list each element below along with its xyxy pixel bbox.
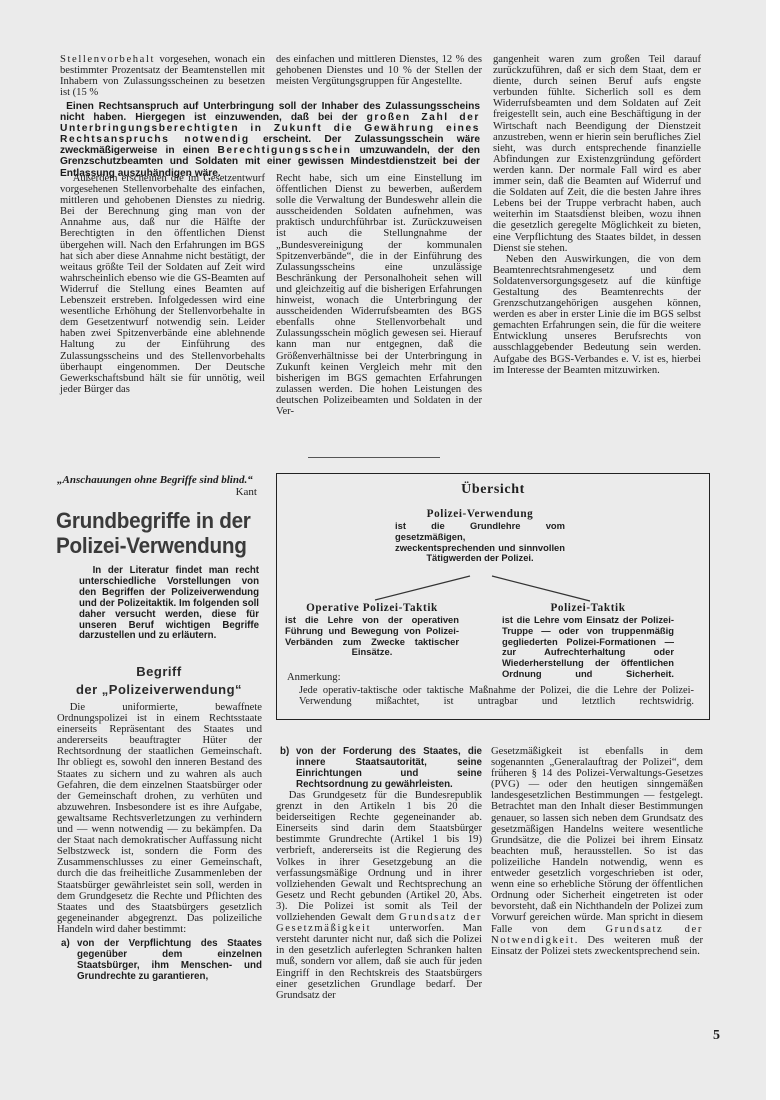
text-run: unterworfen. Man versteht darunter nicht…: [276, 923, 482, 1001]
paragraph-text: Recht habe, sich um eine Einstellung im …: [276, 173, 482, 417]
top-column-3: gangenheit waren zum großen Teil darauf …: [493, 54, 701, 376]
list-label: b): [276, 746, 296, 790]
article-lead: In der Literatur findet man recht unters…: [79, 566, 259, 642]
article-title: Grundbegriffe in der Polizei-Verwendung: [56, 508, 246, 558]
node-text: ist die Lehre vom Einsatz der Polizei-Tr…: [502, 615, 674, 680]
lead-text: In der Literatur findet man recht unters…: [79, 566, 259, 642]
article-title-line: Polizei-Verwendung: [56, 533, 246, 558]
list-item-b: b) von der Forderung des Staates, die in…: [276, 746, 482, 790]
list-label: a): [57, 938, 77, 982]
overview-title: Übersicht: [277, 482, 709, 498]
scanned-page: Stellenvorbehalt vorgesehen, wonach ein …: [0, 0, 766, 1100]
node-text: ist die Lehre von der operativen Führung…: [285, 615, 459, 658]
article-column-3: Gesetzmäßigkeit ist ebenfalls in dem sog…: [491, 746, 703, 957]
spaced-bold-text: Berechtigungsschein: [217, 145, 351, 156]
paragraph-text: Gesetzmäßigkeit ist ebenfalls in dem sog…: [491, 746, 703, 957]
node-text: ist die Grundlehre vom gesetzmäßigen, zw…: [395, 521, 565, 564]
paragraph-text: Die uniformierte, bewaffnete Ordnungspol…: [57, 702, 262, 935]
top-column-2: des einfachen und mittleren Dienstes, 12…: [276, 54, 482, 87]
page-number: 5: [713, 1028, 720, 1044]
epigraph-quote: „Anschauungen ohne Begriffe sind blind.“: [57, 474, 253, 486]
article-column-2: b) von der Forderung des Staates, die in…: [276, 746, 482, 1001]
paragraph-text: Das Grundgesetz für die Bundesrepublik g…: [276, 790, 482, 1001]
list-text: von der Verpflichtung des Staates gegenü…: [77, 938, 262, 982]
paragraph-text: gangenheit waren zum großen Teil darauf …: [493, 54, 701, 254]
middle-column-1: Außerdem erscheinen die im Gesetzentwurf…: [60, 173, 265, 395]
spaced-term: Stellenvorbehalt: [60, 54, 155, 65]
article-title-line: Grundbegriffe in der: [56, 508, 246, 533]
paragraph-text: Neben den Auswirkungen, die von dem Beam…: [493, 254, 701, 376]
section-heading: Begriff der „Polizeiverwendung“: [56, 663, 262, 699]
section-heading-line: der „Polizeiverwendung“: [56, 681, 262, 699]
node-polizei-taktik: Polizei-Taktik ist die Lehre vom Einsatz…: [502, 602, 674, 680]
note-text: Jede operativ-taktische oder taktische M…: [299, 685, 694, 707]
bold-spanning-paragraph: Einen Rechtsanspruch auf Unterbringung s…: [60, 101, 480, 179]
epigraph: „Anschauungen ohne Begriffe sind blind.“…: [57, 474, 257, 498]
section-divider: [308, 457, 440, 458]
node-polizei-verwendung: Polizei-Verwendung ist die Grundlehre vo…: [395, 508, 565, 564]
top-column-1: Stellenvorbehalt vorgesehen, wonach ein …: [60, 54, 265, 98]
text-run: Das Grundgesetz für die Bundesrepublik g…: [276, 790, 482, 923]
article-column-1: Die uniformierte, bewaffnete Ordnungspol…: [57, 702, 262, 982]
middle-column-2: Recht habe, sich um eine Einstellung im …: [276, 173, 482, 417]
epigraph-author: Kant: [236, 486, 257, 498]
overview-box: Übersicht Polizei-Verwendung ist die Gru…: [276, 473, 710, 720]
paragraph-text: des einfachen und mittleren Dienstes, 12…: [276, 54, 482, 87]
node-operative-polizei-taktik: Operative Polizei-Taktik ist die Lehre v…: [285, 602, 459, 658]
paragraph-text: Außerdem erscheinen die im Gesetzentwurf…: [60, 173, 265, 395]
list-text: von der Forderung des Staates, die inner…: [296, 746, 482, 790]
note-label: Anmerkung:: [287, 672, 341, 683]
section-heading-line: Begriff: [56, 663, 262, 681]
text-run: Gesetzmäßigkeit ist ebenfalls in dem sog…: [491, 746, 703, 935]
list-item-a: a) von der Verpflichtung des Staates geg…: [57, 938, 262, 982]
